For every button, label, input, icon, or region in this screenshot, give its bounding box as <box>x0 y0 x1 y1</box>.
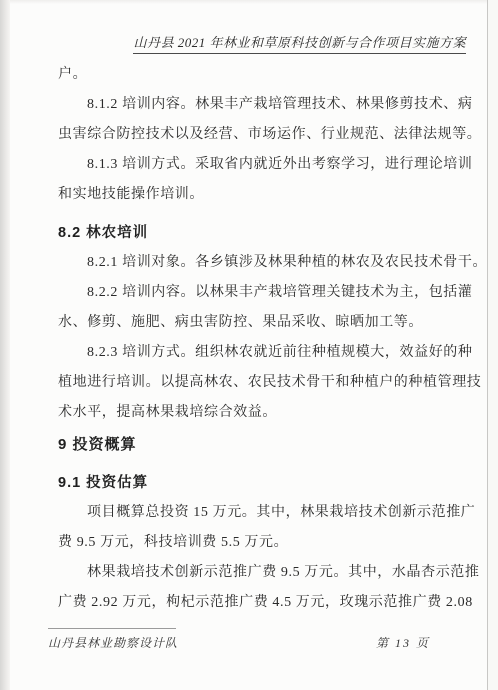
footer-row: 山丹县林业勘察设计队 第 13 页 <box>48 634 430 651</box>
page-left-edge-shadow <box>0 0 10 690</box>
footer-rule <box>48 628 176 629</box>
section-heading: 8.2 林农培训 <box>58 218 466 248</box>
text-line: 植地进行培训。以提高林农、农民技术骨干和种植户的种植管理技 <box>58 368 466 398</box>
page-header: 山丹县 2021 年林业和草原科技创新与合作项目实施方案 <box>58 32 466 51</box>
section-heading: 9 投资概算 <box>58 430 466 460</box>
text-line: 和实地技能操作培训。 <box>58 180 466 210</box>
text-line: 8.2.1 培训对象。各乡镇涉及林果种植的林农及农民技术骨干。 <box>58 248 466 278</box>
page-top-edge-shadow <box>10 0 498 4</box>
text-line: 项目概算总投资 15 万元。其中，林果栽培技术创新示范推广 <box>58 498 466 528</box>
footer-organization: 山丹县林业勘察设计队 <box>48 634 178 651</box>
text-line: 8.1.3 培训方式。采取省内就近外出考察学习，进行理论培训 <box>58 150 466 180</box>
text-line: 林果栽培技术创新示范推广费 9.5 万元。其中，水晶杏示范推 <box>58 558 466 588</box>
page-footer: 山丹县林业勘察设计队 第 13 页 <box>48 628 430 651</box>
text-line: 费 9.5 万元，科技培训费 5.5 万元。 <box>58 528 466 558</box>
text-line: 8.2.3 培训方式。组织林农就近前往种植规模大，效益好的种 <box>58 338 466 368</box>
text-line: 虫害综合防控技术以及经营、市场运作、行业规范、法律法规等。 <box>58 120 466 150</box>
section-heading: 9.1 投资估算 <box>58 468 466 498</box>
text-line: 8.2.2 培训内容。以林果丰产栽培管理关键技术为主，包括灌 <box>58 278 466 308</box>
page-number: 第 13 页 <box>376 634 430 651</box>
page-body: 户。8.1.2 培训内容。林果丰产栽培管理技术、林果修剪技术、病虫害综合防控技术… <box>58 60 466 618</box>
text-line: 术水平，提高林果栽培综合效益。 <box>58 398 466 428</box>
text-line: 广费 2.92 万元，枸杞示范推广费 4.5 万元，玫瑰示范推广费 2.08 <box>58 588 466 618</box>
page-right-edge <box>488 0 498 690</box>
document-page: 山丹县 2021 年林业和草原科技创新与合作项目实施方案 户。8.1.2 培训内… <box>0 0 498 690</box>
text-line: 8.1.2 培训内容。林果丰产栽培管理技术、林果修剪技术、病 <box>58 90 466 120</box>
text-line: 水、修剪、施肥、病虫害防控、果品采收、晾晒加工等。 <box>58 308 466 338</box>
text-line: 户。 <box>58 60 466 90</box>
header-title: 山丹县 2021 年林业和草原科技创新与合作项目实施方案 <box>133 35 466 54</box>
